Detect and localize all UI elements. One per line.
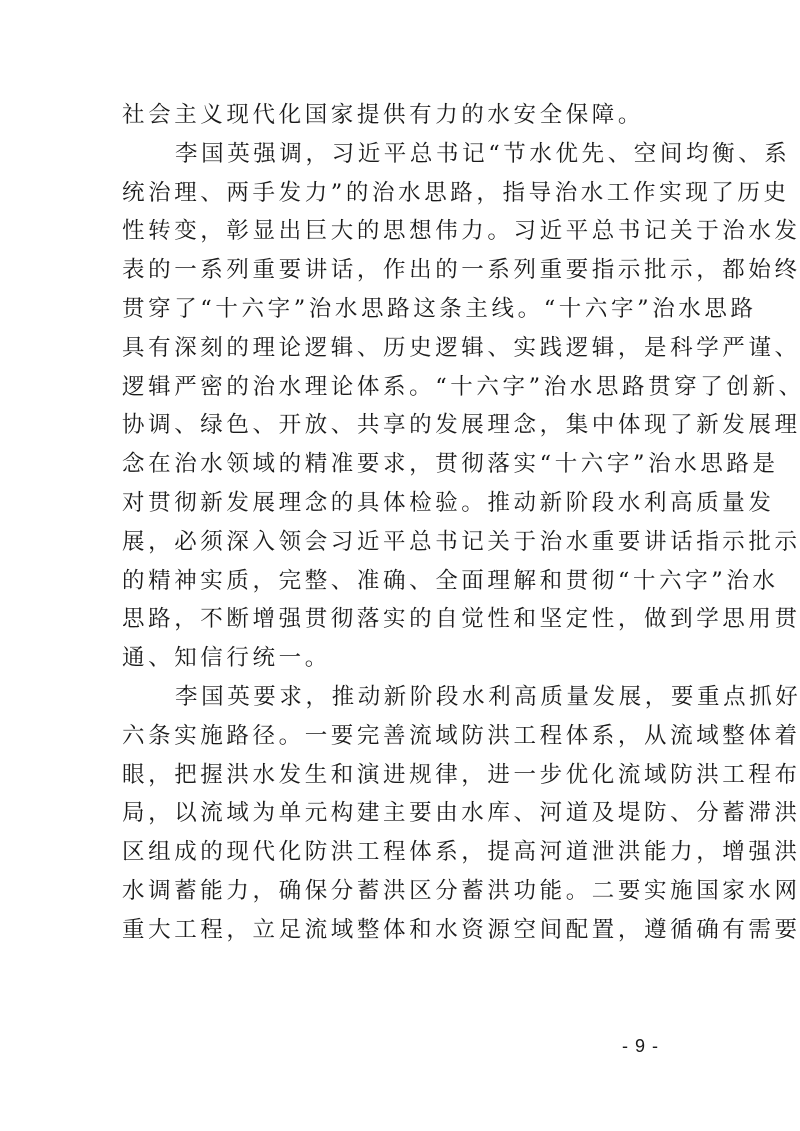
text-line: 区组成的现代化防洪工程体系，提高河道泄洪能力，增强洪: [122, 833, 682, 872]
text-line: 思路，不断增强贯彻落实的自觉性和坚定性，做到学思用贯: [122, 600, 682, 639]
text-line: 展，必须深入领会习近平总书记关于治水重要讲话指示批示: [122, 523, 682, 562]
text-line: 念在治水领域的精准要求，贯彻落实“十六字”治水思路是: [122, 445, 682, 484]
body-text: 社会主义现代化国家提供有力的水安全保障。 李国英强调，习近平总书记“节水优先、空…: [122, 96, 682, 950]
text-line: 社会主义现代化国家提供有力的水安全保障。: [122, 96, 682, 135]
paragraph-first-line: 李国英要求，推动新阶段水利高质量发展，要重点抓好: [122, 678, 682, 717]
text-line: 逻辑严密的治水理论体系。“十六字”治水思路贯穿了创新、: [122, 368, 682, 407]
document-page: 社会主义现代化国家提供有力的水安全保障。 李国英强调，习近平总书记“节水优先、空…: [0, 0, 800, 1131]
text-line: 眼，把握洪水发生和演进规律，进一步优化流域防洪工程布: [122, 756, 682, 795]
text-line: 具有深刻的理论逻辑、历史逻辑、实践逻辑，是科学严谨、: [122, 329, 682, 368]
text-line: 对贯彻新发展理念的具体检验。推动新阶段水利高质量发: [122, 484, 682, 523]
text-line: 的精神实质，完整、准确、全面理解和贯彻“十六字”治水: [122, 562, 682, 601]
paragraph-first-line: 李国英强调，习近平总书记“节水优先、空间均衡、系: [122, 135, 682, 174]
text-line: 表的一系列重要讲话，作出的一系列重要指示批示，都始终: [122, 251, 682, 290]
page-number: - 9 -: [622, 1036, 659, 1057]
text-line: 水调蓄能力，确保分蓄洪区分蓄洪功能。二要实施国家水网: [122, 872, 682, 911]
text-line: 协调、绿色、开放、共享的发展理念，集中体现了新发展理: [122, 406, 682, 445]
text-line: 重大工程，立足流域整体和水资源空间配置，遵循确有需要、: [122, 911, 682, 950]
text-line: 贯穿了“十六字”治水思路这条主线。“十六字”治水思路: [122, 290, 682, 329]
text-line: 通、知信行统一。: [122, 639, 682, 678]
text-line: 性转变，彰显出巨大的思想伟力。习近平总书记关于治水发: [122, 212, 682, 251]
text-line: 六条实施路径。一要完善流域防洪工程体系，从流域整体着: [122, 717, 682, 756]
text-line: 统治理、两手发力”的治水思路，指导治水工作实现了历史: [122, 174, 682, 213]
text-line: 局，以流域为单元构建主要由水库、河道及堤防、分蓄滞洪: [122, 794, 682, 833]
